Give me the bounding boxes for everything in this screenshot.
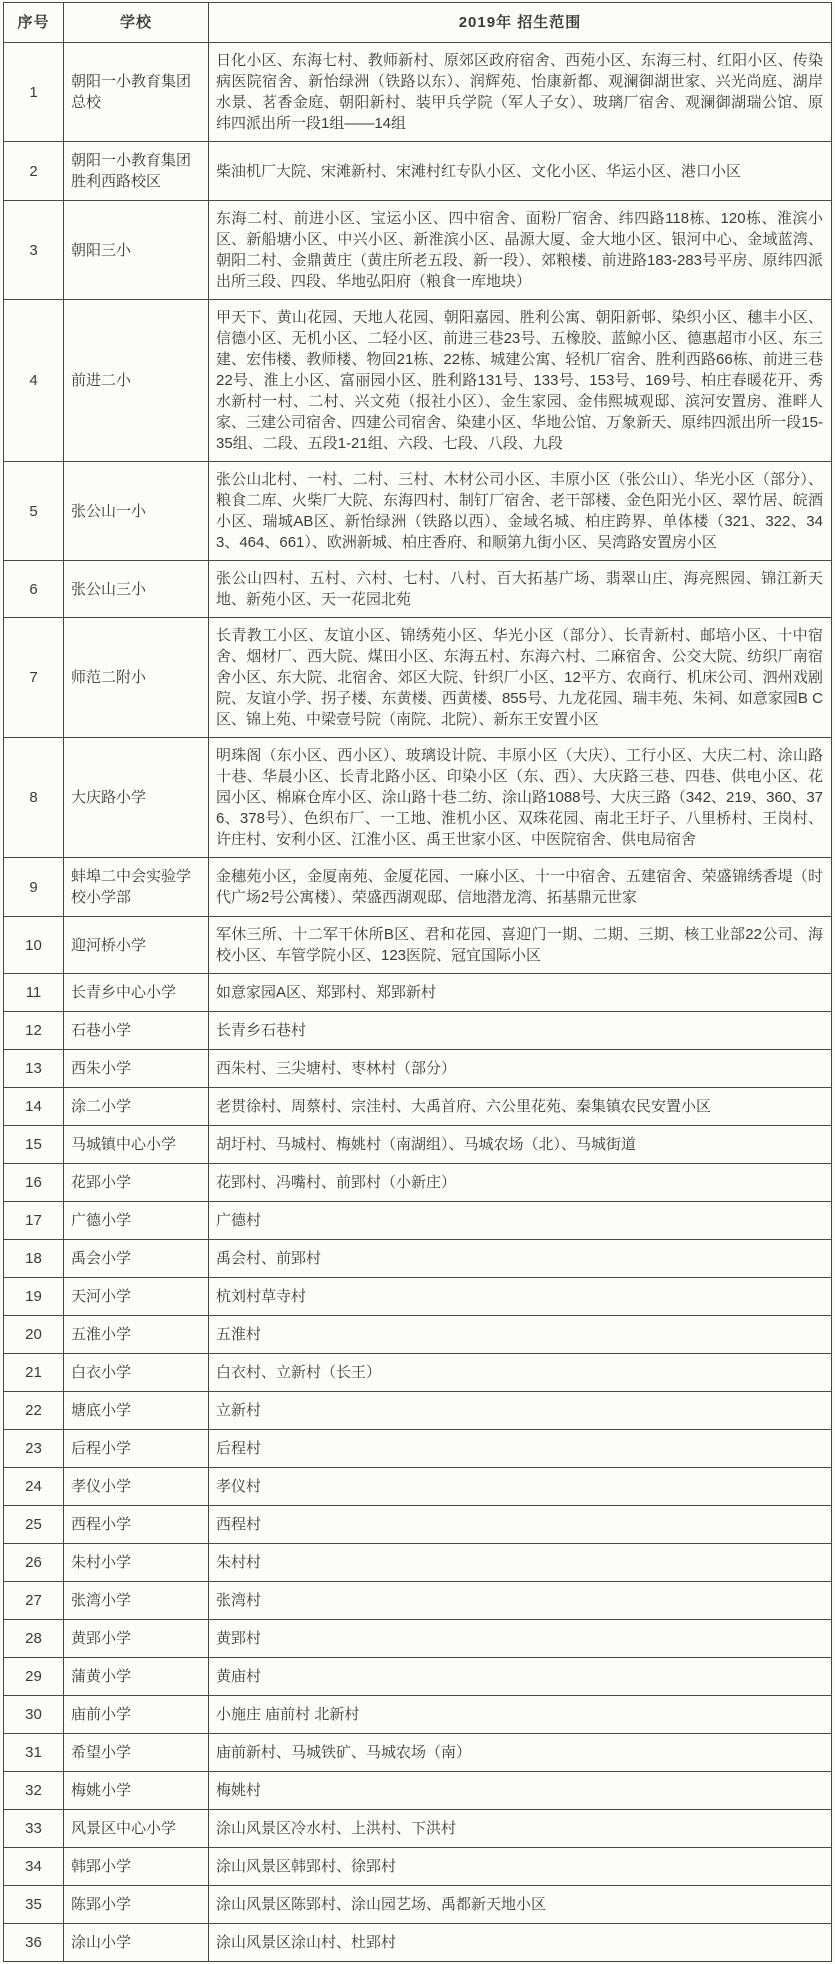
range-cell: 涂山风景区涂山村、杜郢村: [209, 1924, 832, 1962]
range-cell: 长青教工小区、友谊小区、锦绣苑小区、华光小区（部分）、长青新村、邮培小区、十中宿…: [209, 618, 832, 738]
table-row: 13 西朱小学 西朱村、三尖塘村、枣林村（部分）: [4, 1050, 832, 1088]
school-cell: 大庆路小学: [64, 738, 209, 858]
enrollment-table: 序号 学校 2019年 招生范围 1 朝阳一小教育集团总校 日化小区、东海七村、…: [3, 2, 832, 1962]
range-cell: 黄郢村: [209, 1620, 832, 1658]
range-cell: 金穗苑小区，金厦南苑、金厦花园、一麻小区、十一中宿舍、五建宿舍、荣盛锦绣香堤（时…: [209, 858, 832, 917]
range-cell: 日化小区、东海七村、教师新村、原郊区政府宿舍、西苑小区、东海三村、红阳小区、传染…: [209, 43, 832, 142]
school-cell: 朝阳一小教育集团总校: [64, 43, 209, 142]
header-row: 序号 学校 2019年 招生范围: [4, 3, 832, 43]
school-cell: 西朱小学: [64, 1050, 209, 1088]
range-cell: 黄庙村: [209, 1658, 832, 1696]
school-cell: 张湾小学: [64, 1582, 209, 1620]
table-row: 2 朝阳一小教育集团胜利西路校区 柴油机厂大院、宋滩新村、宋滩村红专队小区、文化…: [4, 142, 832, 201]
table-row: 36 涂山小学 涂山风景区涂山村、杜郢村: [4, 1924, 832, 1962]
range-cell: 广德村: [209, 1202, 832, 1240]
school-cell: 西程小学: [64, 1506, 209, 1544]
row-number-cell: 19: [4, 1278, 64, 1316]
range-cell: 涂山风景区冷水村、上洪村、下洪村: [209, 1810, 832, 1848]
range-cell: 东海二村、前进小区、宝运小区、四中宿舍、面粉厂宿舍、纬四路118栋、120栋、淮…: [209, 201, 832, 300]
school-cell: 后程小学: [64, 1430, 209, 1468]
row-number-cell: 13: [4, 1050, 64, 1088]
table-row: 21 白衣小学 白衣村、立新村（长王）: [4, 1354, 832, 1392]
table-row: 11 长青乡中心小学 如意家园A区、郑郢村、郑郢新村: [4, 974, 832, 1012]
range-cell: 禹会村、前郢村: [209, 1240, 832, 1278]
table-row: 6 张公山三小 张公山四村、五村、六村、七村、八村、百大拓基广场、翡翠山庄、海亮…: [4, 561, 832, 618]
school-cell: 迎河桥小学: [64, 917, 209, 974]
school-cell: 梅姚小学: [64, 1772, 209, 1810]
row-number-cell: 10: [4, 917, 64, 974]
school-cell: 张公山一小: [64, 462, 209, 561]
table-row: 5 张公山一小 张公山北村、一村、二村、三村、木材公司小区、丰原小区（张公山）、…: [4, 462, 832, 561]
table-row: 8 大庆路小学 明珠阁（东小区、西小区）、玻璃设计院、丰原小区（大庆）、工行小区…: [4, 738, 832, 858]
range-cell: 立新村: [209, 1392, 832, 1430]
row-number-cell: 1: [4, 43, 64, 142]
range-cell: 张公山四村、五村、六村、七村、八村、百大拓基广场、翡翠山庄、海亮熙园、锦江新天地…: [209, 561, 832, 618]
school-cell: 风景区中心小学: [64, 1810, 209, 1848]
row-number-cell: 27: [4, 1582, 64, 1620]
table-row: 26 朱村小学 朱村村: [4, 1544, 832, 1582]
row-number-cell: 8: [4, 738, 64, 858]
row-number-cell: 3: [4, 201, 64, 300]
table-row: 24 孝仪小学 孝仪村: [4, 1468, 832, 1506]
row-number-cell: 26: [4, 1544, 64, 1582]
row-number-cell: 28: [4, 1620, 64, 1658]
school-cell: 张公山三小: [64, 561, 209, 618]
table-row: 32 梅姚小学 梅姚村: [4, 1772, 832, 1810]
table-row: 19 天河小学 杭刘村草寺村: [4, 1278, 832, 1316]
row-number-cell: 29: [4, 1658, 64, 1696]
table-row: 31 希望小学 庙前新村、马城铁矿、马城农场（南）: [4, 1734, 832, 1772]
range-cell: 西程村: [209, 1506, 832, 1544]
table-row: 10 迎河桥小学 军休三所、十二军干休所B区、君和花园、喜迎门一期、二期、三期、…: [4, 917, 832, 974]
school-cell: 白衣小学: [64, 1354, 209, 1392]
range-cell: 涂山风景区韩郢村、徐郢村: [209, 1848, 832, 1886]
range-cell: 孝仪村: [209, 1468, 832, 1506]
school-cell: 孝仪小学: [64, 1468, 209, 1506]
table-row: 28 黄郢小学 黄郢村: [4, 1620, 832, 1658]
row-number-cell: 23: [4, 1430, 64, 1468]
range-cell: 张湾村: [209, 1582, 832, 1620]
table-header: 序号 学校 2019年 招生范围: [4, 3, 832, 43]
table-body: 1 朝阳一小教育集团总校 日化小区、东海七村、教师新村、原郊区政府宿舍、西苑小区…: [4, 43, 832, 1962]
table-row: 27 张湾小学 张湾村: [4, 1582, 832, 1620]
row-number-cell: 18: [4, 1240, 64, 1278]
row-number-cell: 16: [4, 1164, 64, 1202]
page: 序号 学校 2019年 招生范围 1 朝阳一小教育集团总校 日化小区、东海七村、…: [0, 0, 835, 1964]
row-number-cell: 21: [4, 1354, 64, 1392]
table-row: 33 风景区中心小学 涂山风景区冷水村、上洪村、下洪村: [4, 1810, 832, 1848]
range-cell: 梅姚村: [209, 1772, 832, 1810]
school-cell: 五淮小学: [64, 1316, 209, 1354]
row-number-cell: 31: [4, 1734, 64, 1772]
school-cell: 涂二小学: [64, 1088, 209, 1126]
table-row: 1 朝阳一小教育集团总校 日化小区、东海七村、教师新村、原郊区政府宿舍、西苑小区…: [4, 43, 832, 142]
range-cell: 涂山风景区陈郢村、涂山园艺场、禹都新天地小区: [209, 1886, 832, 1924]
range-cell: 甲天下、黄山花园、天地人花园、朝阳嘉园、胜利公寓、朝阳新邨、染织小区、穗丰小区、…: [209, 300, 832, 462]
table-row: 20 五淮小学 五淮村: [4, 1316, 832, 1354]
range-cell: 明珠阁（东小区、西小区）、玻璃设计院、丰原小区（大庆）、工行小区、大庆二村、涂山…: [209, 738, 832, 858]
table-row: 17 广德小学 广德村: [4, 1202, 832, 1240]
row-number-cell: 20: [4, 1316, 64, 1354]
school-cell: 花郢小学: [64, 1164, 209, 1202]
table-row: 16 花郢小学 花郢村、冯嘴村、前郢村（小新庄）: [4, 1164, 832, 1202]
table-row: 29 蒲黄小学 黄庙村: [4, 1658, 832, 1696]
col-header-index: 序号: [4, 3, 64, 43]
row-number-cell: 12: [4, 1012, 64, 1050]
table-row: 3 朝阳三小 东海二村、前进小区、宝运小区、四中宿舍、面粉厂宿舍、纬四路118栋…: [4, 201, 832, 300]
col-header-school: 学校: [64, 3, 209, 43]
school-cell: 涂山小学: [64, 1924, 209, 1962]
range-cell: 老贯徐村、周蔡村、宗洼村、大禹首府、六公里花苑、秦集镇农民安置小区: [209, 1088, 832, 1126]
school-cell: 蚌埠二中会实验学校小学部: [64, 858, 209, 917]
row-number-cell: 4: [4, 300, 64, 462]
row-number-cell: 11: [4, 974, 64, 1012]
school-cell: 前进二小: [64, 300, 209, 462]
range-cell: 胡圩村、马城村、梅姚村（南湖组）、马城农场（北）、马城街道: [209, 1126, 832, 1164]
range-cell: 白衣村、立新村（长王）: [209, 1354, 832, 1392]
school-cell: 天河小学: [64, 1278, 209, 1316]
school-cell: 黄郢小学: [64, 1620, 209, 1658]
range-cell: 军休三所、十二军干休所B区、君和花园、喜迎门一期、二期、三期、核工业部22公司、…: [209, 917, 832, 974]
school-cell: 陈郢小学: [64, 1886, 209, 1924]
table-row: 34 韩郢小学 涂山风景区韩郢村、徐郢村: [4, 1848, 832, 1886]
row-number-cell: 34: [4, 1848, 64, 1886]
range-cell: 如意家园A区、郑郢村、郑郢新村: [209, 974, 832, 1012]
row-number-cell: 5: [4, 462, 64, 561]
range-cell: 张公山北村、一村、二村、三村、木材公司小区、丰原小区（张公山）、华光小区（部分）…: [209, 462, 832, 561]
range-cell: 朱村村: [209, 1544, 832, 1582]
table-row: 25 西程小学 西程村: [4, 1506, 832, 1544]
row-number-cell: 32: [4, 1772, 64, 1810]
range-cell: 长青乡石巷村: [209, 1012, 832, 1050]
table-row: 15 马城镇中心小学 胡圩村、马城村、梅姚村（南湖组）、马城农场（北）、马城街道: [4, 1126, 832, 1164]
school-cell: 韩郢小学: [64, 1848, 209, 1886]
school-cell: 朝阳三小: [64, 201, 209, 300]
range-cell: 柴油机厂大院、宋滩新村、宋滩村红专队小区、文化小区、华运小区、港口小区: [209, 142, 832, 201]
col-header-range: 2019年 招生范围: [209, 3, 832, 43]
table-row: 18 禹会小学 禹会村、前郢村: [4, 1240, 832, 1278]
row-number-cell: 7: [4, 618, 64, 738]
school-cell: 禹会小学: [64, 1240, 209, 1278]
school-cell: 朝阳一小教育集团胜利西路校区: [64, 142, 209, 201]
row-number-cell: 2: [4, 142, 64, 201]
table-row: 14 涂二小学 老贯徐村、周蔡村、宗洼村、大禹首府、六公里花苑、秦集镇农民安置小…: [4, 1088, 832, 1126]
table-row: 35 陈郢小学 涂山风景区陈郢村、涂山园艺场、禹都新天地小区: [4, 1886, 832, 1924]
school-cell: 师范二附小: [64, 618, 209, 738]
row-number-cell: 35: [4, 1886, 64, 1924]
table-row: 9 蚌埠二中会实验学校小学部 金穗苑小区，金厦南苑、金厦花园、一麻小区、十一中宿…: [4, 858, 832, 917]
range-cell: 西朱村、三尖塘村、枣林村（部分）: [209, 1050, 832, 1088]
row-number-cell: 9: [4, 858, 64, 917]
table-row: 7 师范二附小 长青教工小区、友谊小区、锦绣苑小区、华光小区（部分）、长青新村、…: [4, 618, 832, 738]
row-number-cell: 33: [4, 1810, 64, 1848]
range-cell: 五淮村: [209, 1316, 832, 1354]
table-row: 4 前进二小 甲天下、黄山花园、天地人花园、朝阳嘉园、胜利公寓、朝阳新邨、染织小…: [4, 300, 832, 462]
row-number-cell: 6: [4, 561, 64, 618]
row-number-cell: 22: [4, 1392, 64, 1430]
range-cell: 庙前新村、马城铁矿、马城农场（南）: [209, 1734, 832, 1772]
range-cell: 花郢村、冯嘴村、前郢村（小新庄）: [209, 1164, 832, 1202]
school-cell: 希望小学: [64, 1734, 209, 1772]
row-number-cell: 17: [4, 1202, 64, 1240]
table-row: 22 塘底小学 立新村: [4, 1392, 832, 1430]
table-row: 12 石巷小学 长青乡石巷村: [4, 1012, 832, 1050]
row-number-cell: 36: [4, 1924, 64, 1962]
school-cell: 广德小学: [64, 1202, 209, 1240]
range-cell: 杭刘村草寺村: [209, 1278, 832, 1316]
school-cell: 蒲黄小学: [64, 1658, 209, 1696]
school-cell: 长青乡中心小学: [64, 974, 209, 1012]
school-cell: 朱村小学: [64, 1544, 209, 1582]
range-cell: 小施庄 庙前村 北新村: [209, 1696, 832, 1734]
school-cell: 庙前小学: [64, 1696, 209, 1734]
row-number-cell: 30: [4, 1696, 64, 1734]
school-cell: 马城镇中心小学: [64, 1126, 209, 1164]
school-cell: 塘底小学: [64, 1392, 209, 1430]
row-number-cell: 25: [4, 1506, 64, 1544]
table-row: 30 庙前小学 小施庄 庙前村 北新村: [4, 1696, 832, 1734]
range-cell: 后程村: [209, 1430, 832, 1468]
table-row: 23 后程小学 后程村: [4, 1430, 832, 1468]
row-number-cell: 24: [4, 1468, 64, 1506]
school-cell: 石巷小学: [64, 1012, 209, 1050]
row-number-cell: 15: [4, 1126, 64, 1164]
row-number-cell: 14: [4, 1088, 64, 1126]
